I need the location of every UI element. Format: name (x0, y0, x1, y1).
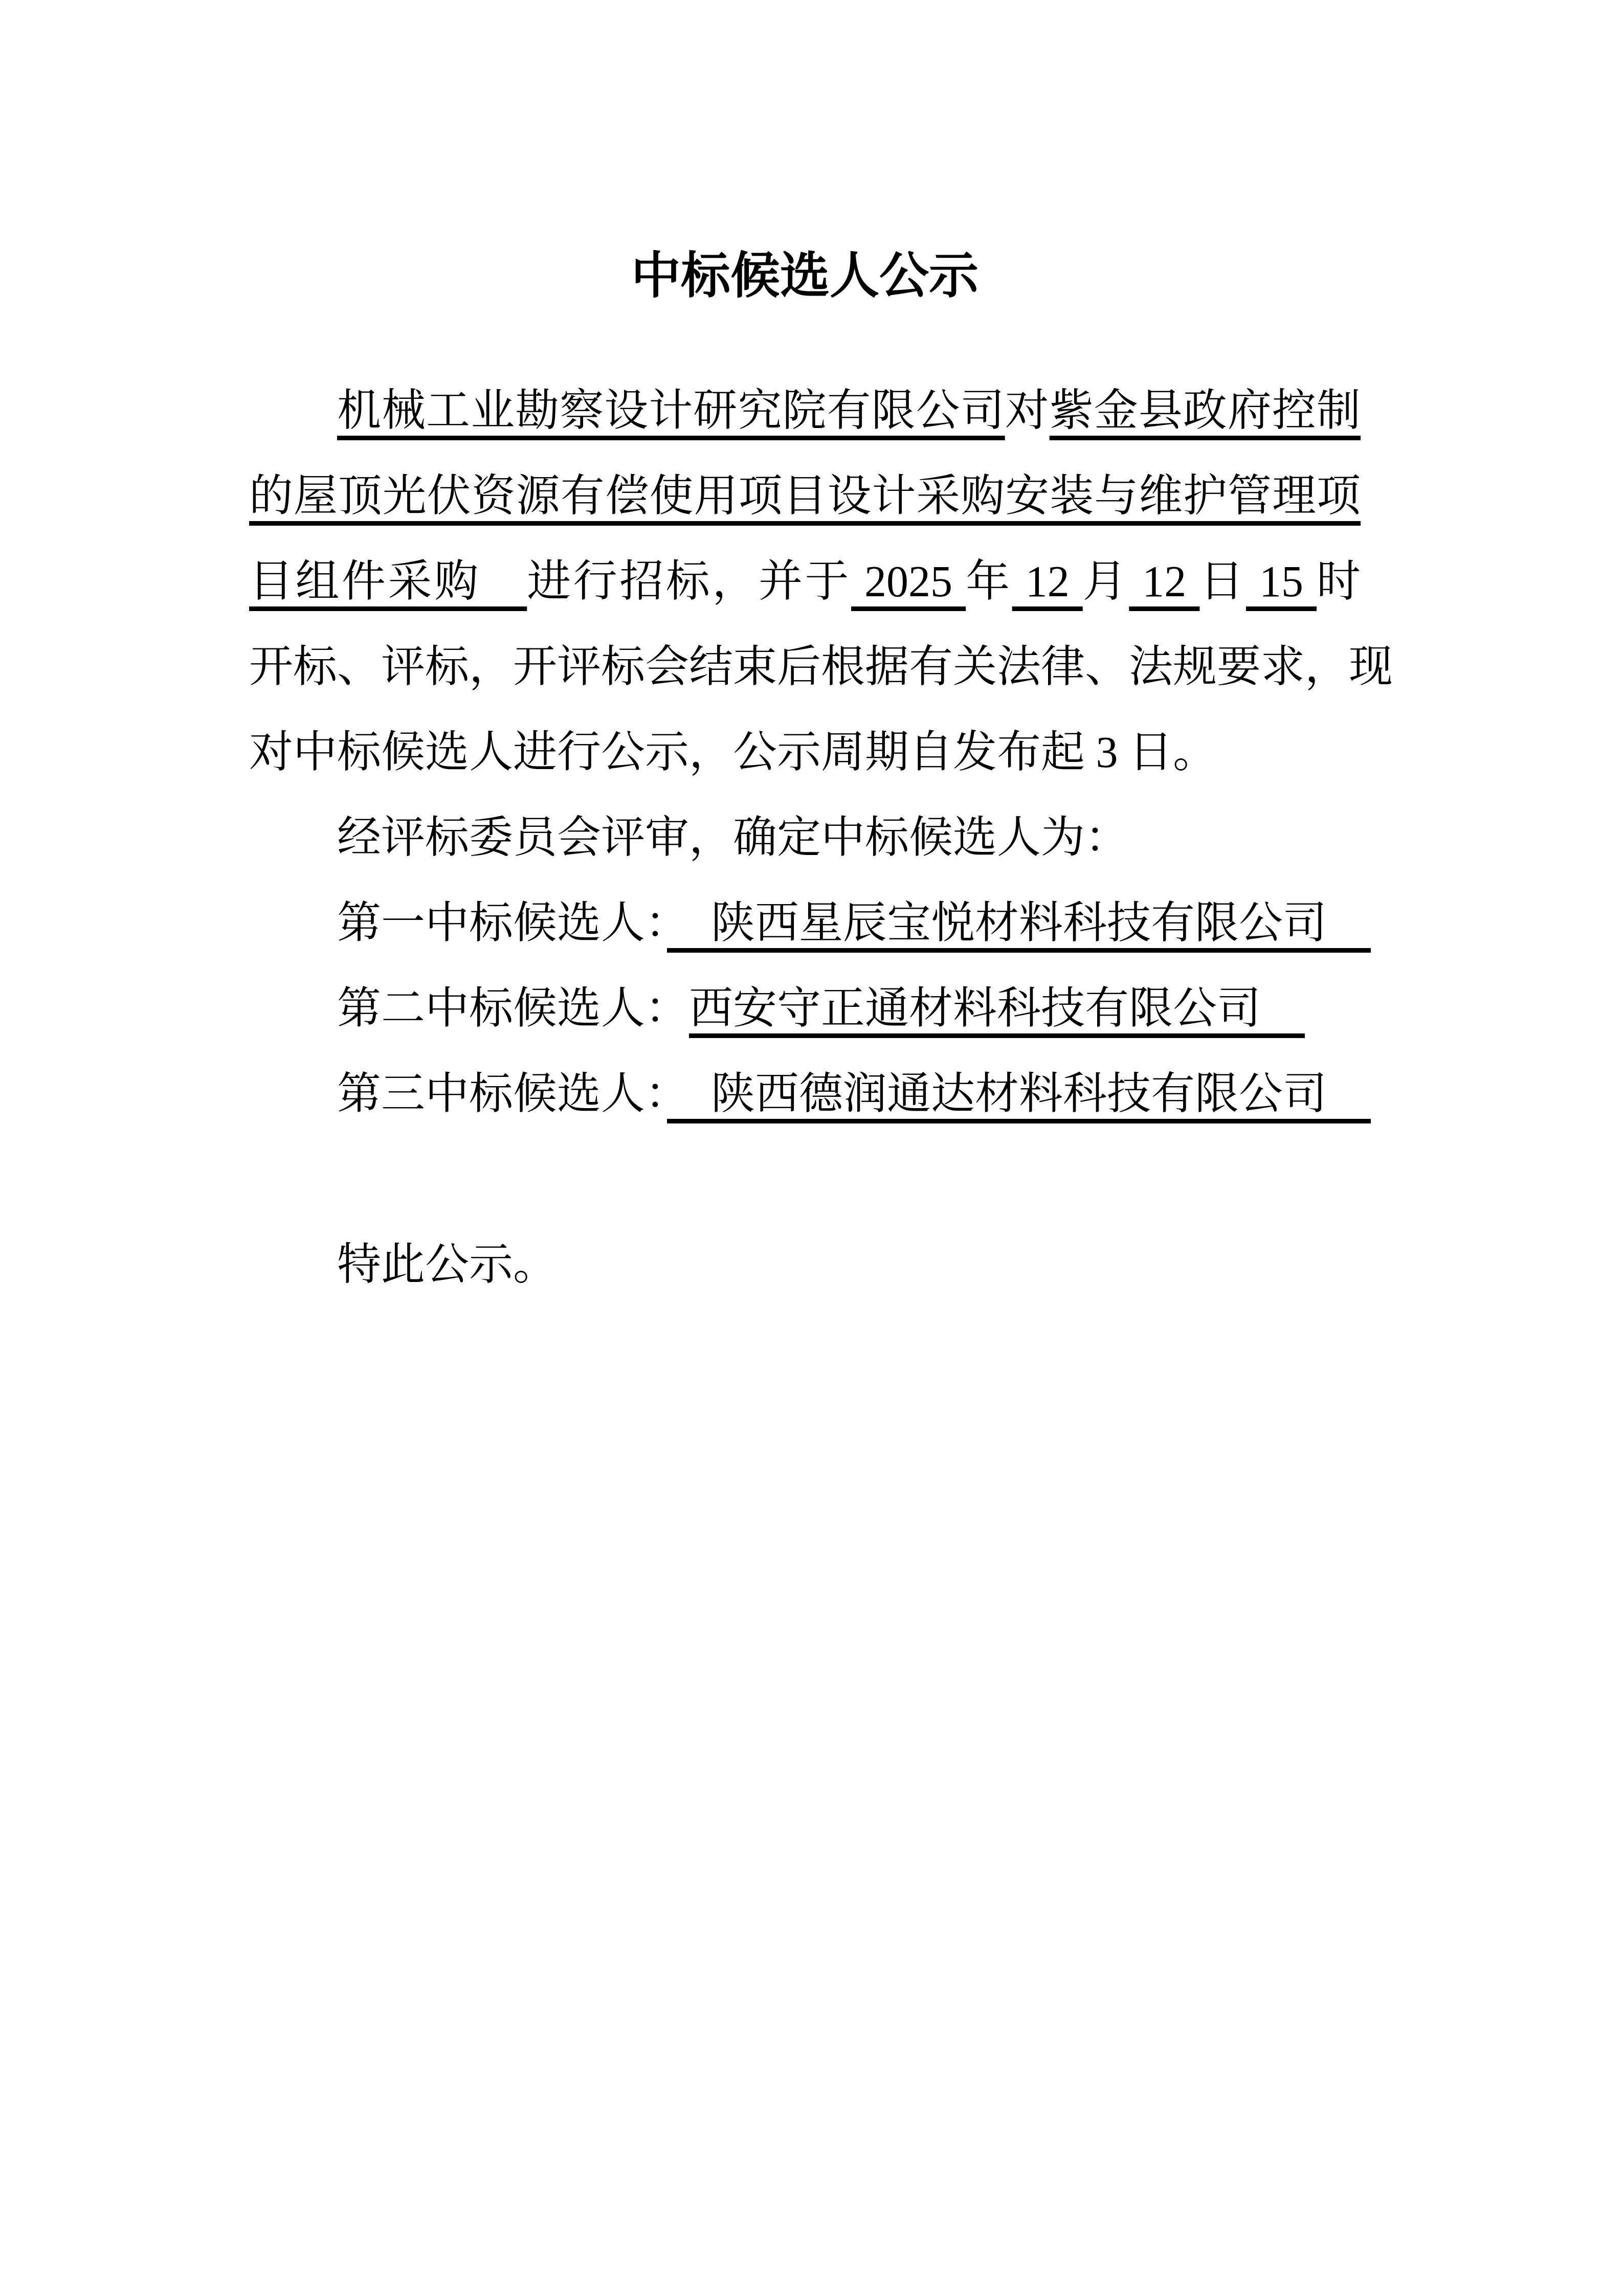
plain-text: 对 (1005, 386, 1050, 435)
plain-text: 时 (1317, 557, 1361, 606)
underlined-text: 12 (1129, 557, 1199, 606)
closing-line: 特此公示。 (249, 1222, 1361, 1308)
plain-text: 进行招标，并于 (527, 557, 851, 606)
underlined-text: 15 (1246, 557, 1317, 606)
para2-review-line: 经评标委员会评审，确定中标候选人为： (249, 795, 1361, 881)
plain-text: 月 (1083, 557, 1129, 606)
plain-text: 开标、评标，开评标会结束后根据有关法律、法规要求，现 (249, 642, 1393, 691)
document-body: 机械工业勘察设计研究院有限公司对紫金县政府控制的屋顶光伏资源有偿使用项目设计采购… (249, 368, 1361, 1308)
underlined-text: 紫金县政府控制 (1050, 386, 1361, 435)
underlined-text: 2025 (851, 557, 966, 606)
plain-text: 第二中标候选人： (337, 984, 689, 1033)
plain-text: 经评标委员会评审，确定中标候选人为： (337, 813, 1129, 862)
plain-text: 第三中标候选人： (337, 1069, 667, 1118)
candidate-3-line: 第三中标候选人： 陕西德润通达材料科技有限公司 (249, 1051, 1361, 1137)
document-title: 中标候选人公示 (249, 240, 1361, 312)
candidate-1-line: 第一中标候选人： 陕西星辰宝悦材料科技有限公司 (249, 881, 1361, 966)
para1-line3: 目组件采购 进行招标，并于 2025 年 12 月 12 日 15 时 (249, 539, 1361, 624)
plain-text: 特此公示。 (337, 1240, 557, 1289)
para1-line1: 机械工业勘察设计研究院有限公司对紫金县政府控制 (249, 368, 1361, 454)
plain-text: 第一中标候选人： (337, 898, 667, 948)
document-page: 中标候选人公示 机械工业勘察设计研究院有限公司对紫金县政府控制的屋顶光伏资源有偿… (0, 0, 1624, 2296)
blank-line (249, 1137, 1361, 1222)
underlined-text: 的屋顶光伏资源有偿使用项目设计采购安装与维护管理项 (249, 471, 1361, 521)
para1-line5: 对中标候选人进行公示，公示周期自发布起 3 日。 (249, 710, 1361, 795)
underlined-text: 西安守正通材料科技有限公司 (689, 984, 1305, 1033)
plain-text: 年 (966, 557, 1012, 606)
para1-line2: 的屋顶光伏资源有偿使用项目设计采购安装与维护管理项 (249, 454, 1361, 539)
para1-line4: 开标、评标，开评标会结束后根据有关法律、法规要求，现 (249, 624, 1361, 710)
candidate-2-line: 第二中标候选人：西安守正通材料科技有限公司 (249, 966, 1361, 1051)
plain-text: 日 (1199, 557, 1246, 606)
underlined-text: 陕西德润通达材料科技有限公司 (667, 1069, 1371, 1118)
underlined-text: 目组件采购 (249, 557, 527, 606)
underlined-text: 机械工业勘察设计研究院有限公司 (337, 386, 1005, 435)
underlined-text: 陕西星辰宝悦材料科技有限公司 (667, 898, 1371, 948)
plain-text: 对中标候选人进行公示，公示周期自发布起 3 日。 (249, 728, 1217, 777)
underlined-text: 12 (1012, 557, 1083, 606)
